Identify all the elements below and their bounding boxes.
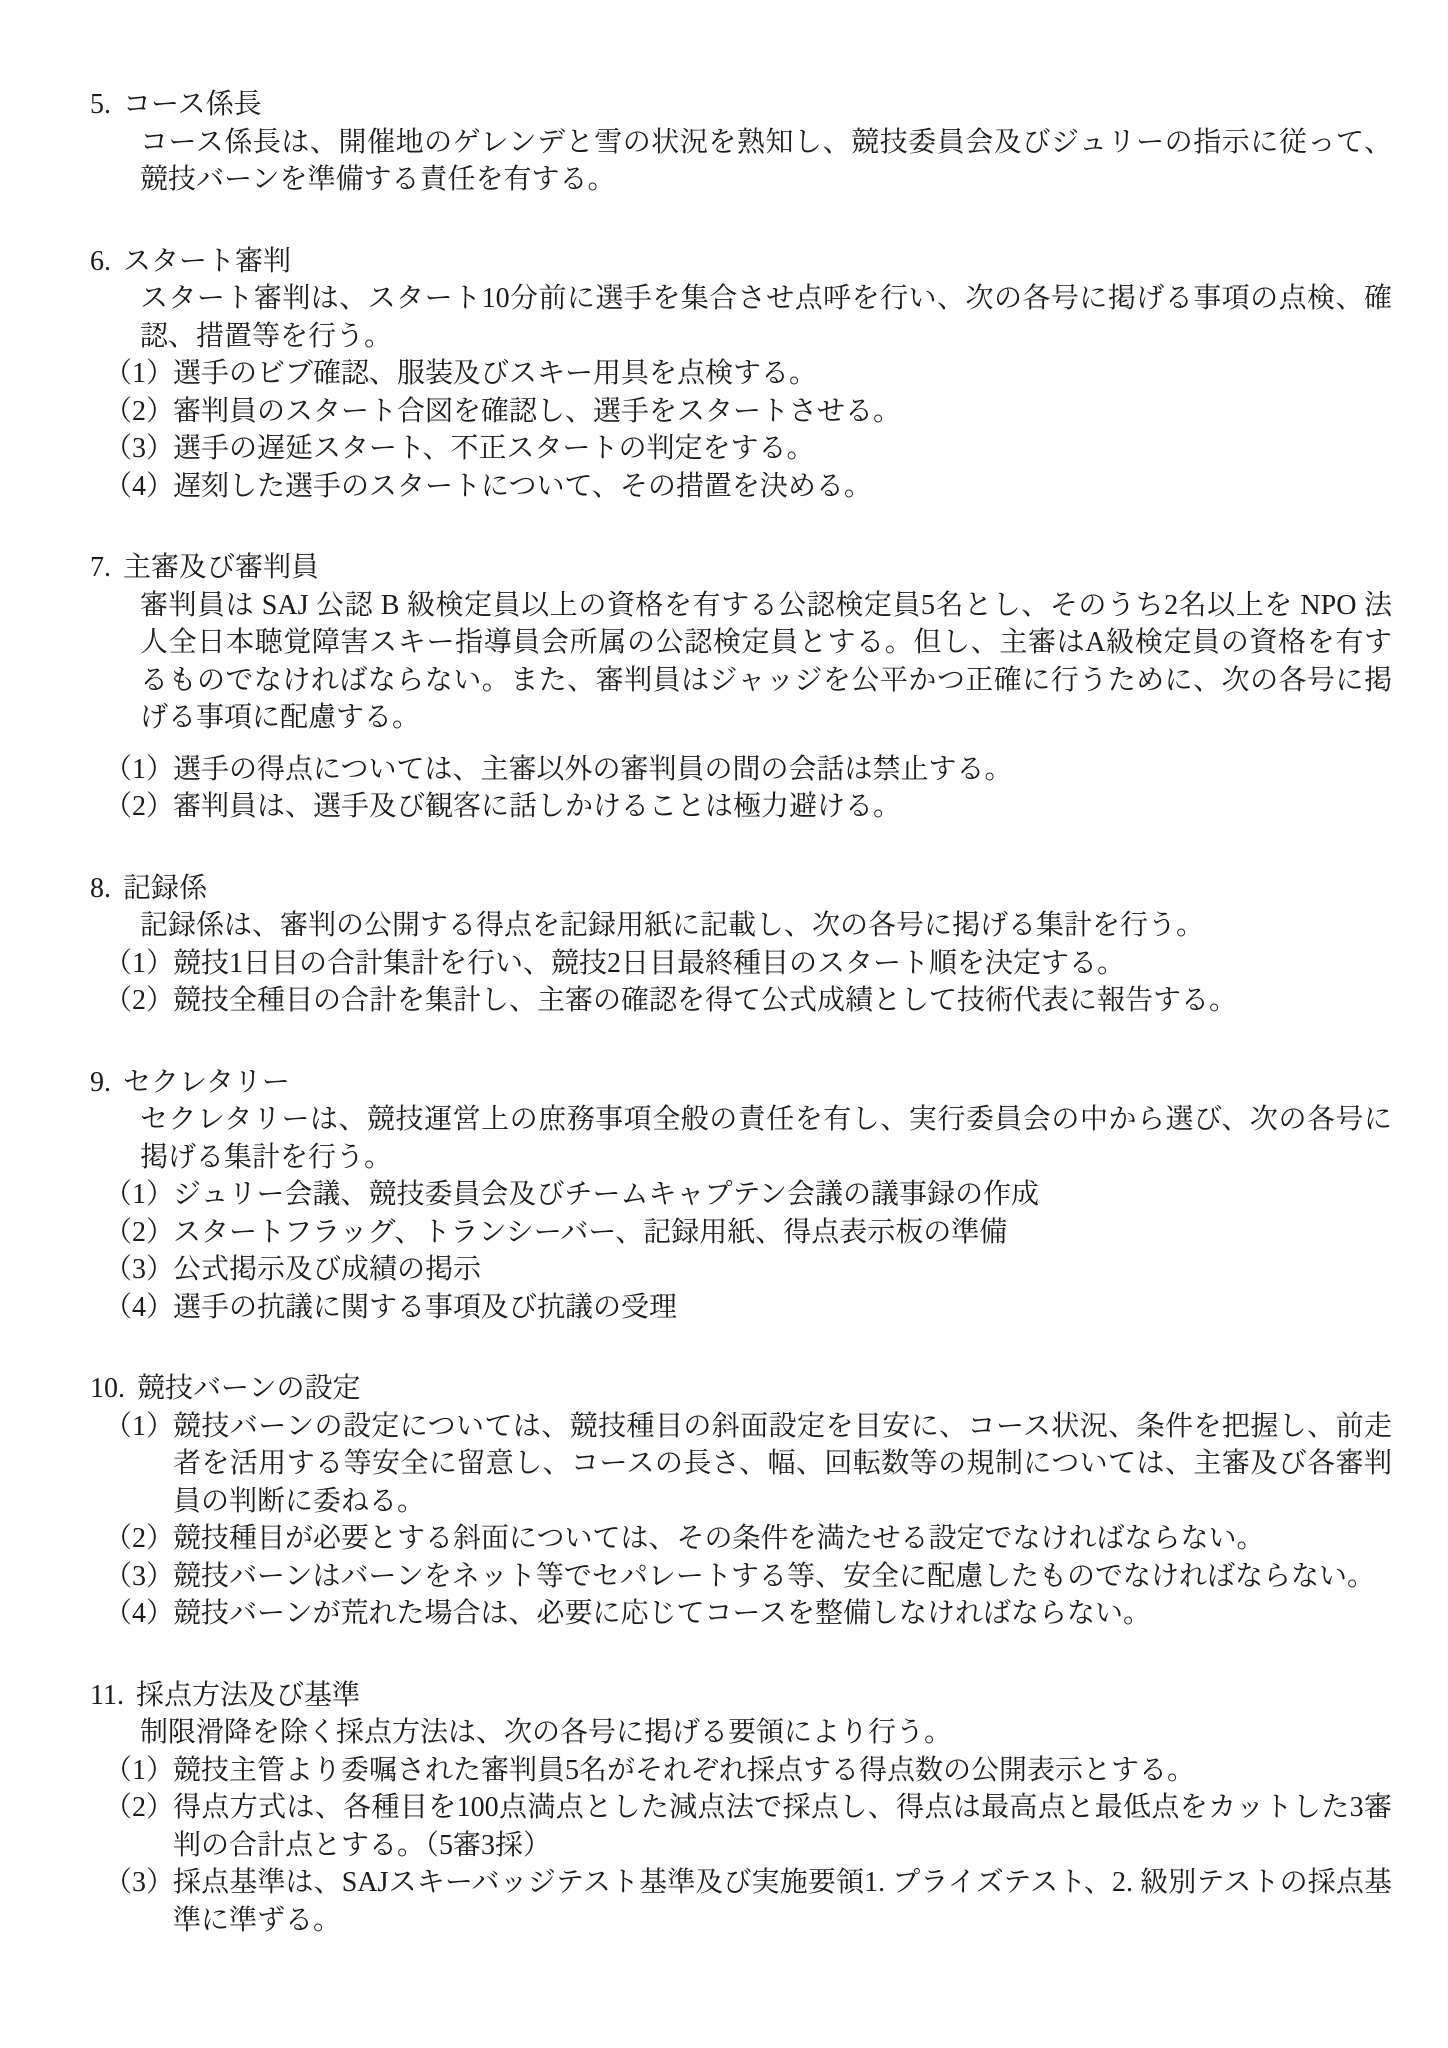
list-item: （1）競技主管より委嘱された審判員5名がそれぞれ採点する得点数の公開表示とする。	[90, 1752, 1392, 1790]
item-text: 選手の遅延スタート、不正スタートの判定をする。	[173, 433, 814, 464]
item-text: 選手のビブ確認、服装及びスキー用具を点検する。	[173, 358, 817, 389]
section-course-chief: 5.コース係長 コース係長は、開催地のゲレンデと雪の状況を熟知し、競技委員会及び…	[90, 86, 1392, 199]
list-item: （4）選手の抗議に関する事項及び抗議の受理	[90, 1289, 1392, 1327]
list-item: （2）競技全種目の合計を集計し、主審の確認を得て公式成績として技術代表に報告する…	[90, 982, 1392, 1020]
section-number: 9.	[90, 1064, 111, 1102]
item-marker: （2）	[104, 393, 174, 431]
list-item: （1）競技バーンの設定については、競技種目の斜面設定を目安に、コース状況、条件を…	[90, 1408, 1392, 1521]
item-text: 審判員のスタート合図を確認し、選手をスタートさせる。	[173, 396, 901, 427]
item-text: 競技バーンはバーンをネット等でセパレートする等、安全に配慮したものでなければなら…	[173, 1561, 1375, 1592]
section-heading: 9.セクレタリー	[90, 1064, 1392, 1102]
item-marker: （2）	[104, 1789, 174, 1827]
section-title: スタート審判	[123, 246, 291, 277]
item-list: （1）競技主管より委嘱された審判員5名がそれぞれ採点する得点数の公開表示とする。…	[90, 1752, 1392, 1940]
item-list: （1）ジュリー会議、競技委員会及びチームキャプテン会議の議事録の作成 （2）スタ…	[90, 1176, 1392, 1326]
section-heading: 10.競技バーンの設定	[90, 1370, 1392, 1408]
section-heading: 11.採点方法及び基準	[90, 1677, 1392, 1715]
item-marker: （3）	[104, 1864, 174, 1902]
item-text: 遅刻した選手のスタートについて、その措置を決める。	[173, 471, 872, 502]
item-text: 選手の抗議に関する事項及び抗議の受理	[173, 1292, 677, 1323]
list-item: （2）審判員は、選手及び観客に話しかけることは極力避ける。	[90, 788, 1392, 826]
item-text: 選手の得点については、主審以外の審判員の間の会話は禁止する。	[173, 754, 1012, 785]
section-heading: 5.コース係長	[90, 86, 1392, 124]
item-marker: （1）	[104, 945, 174, 983]
item-text: 公式掲示及び成績の掲示	[173, 1254, 481, 1285]
item-text: 競技種目が必要とする斜面については、その条件を満たせる設定でなければならない。	[173, 1523, 1264, 1554]
list-item: （4）競技バーンが荒れた場合は、必要に応じてコースを整備しなければならない。	[90, 1595, 1392, 1633]
section-heading: 6.スタート審判	[90, 243, 1392, 281]
item-text: 競技バーンが荒れた場合は、必要に応じてコースを整備しなければならない。	[173, 1598, 1151, 1629]
section-heading: 8.記録係	[90, 870, 1392, 908]
item-marker: （2）	[104, 1520, 174, 1558]
section-heading: 7.主審及び審判員	[90, 549, 1392, 587]
item-text: 審判員は、選手及び観客に話しかけることは極力避ける。	[173, 791, 901, 822]
section-number: 10.	[90, 1370, 125, 1408]
list-item: （3）公式掲示及び成績の掲示	[90, 1251, 1392, 1289]
item-list: （1）選手のビブ確認、服装及びスキー用具を点検する。 （2）審判員のスタート合図…	[90, 355, 1392, 505]
item-list: （1）選手の得点については、主審以外の審判員の間の会話は禁止する。 （2）審判員…	[90, 751, 1392, 826]
section-number: 8.	[90, 870, 111, 908]
item-marker: （4）	[104, 1289, 174, 1327]
item-marker: （3）	[104, 1251, 174, 1289]
list-item: （1）選手のビブ確認、服装及びスキー用具を点検する。	[90, 355, 1392, 393]
section-title: 競技バーンの設定	[137, 1373, 360, 1404]
section-paragraph: 記録係は、審判の公開する得点を記録用紙に記載し、次の各号に掲げる集計を行う。	[140, 907, 1392, 945]
section-title: 主審及び審判員	[123, 552, 319, 583]
list-item: （3）選手の遅延スタート、不正スタートの判定をする。	[90, 430, 1392, 468]
item-marker: （2）	[104, 788, 174, 826]
list-item: （2）競技種目が必要とする斜面については、その条件を満たせる設定でなければならな…	[90, 1520, 1392, 1558]
section-recorder: 8.記録係 記録係は、審判の公開する得点を記録用紙に記載し、次の各号に掲げる集計…	[90, 870, 1392, 1020]
item-marker: （1）	[104, 1408, 174, 1446]
item-marker: （3）	[104, 430, 174, 468]
list-item: （1）選手の得点については、主審以外の審判員の間の会話は禁止する。	[90, 751, 1392, 789]
section-paragraph: 審判員は SAJ 公認 B 級検定員以上の資格を有する公認検定員5名とし、そのう…	[140, 587, 1392, 737]
section-title: セクレタリー	[123, 1067, 290, 1098]
list-item: （3）採点基準は、SAJスキーバッジテスト基準及び実施要領1. プライズテスト、…	[90, 1864, 1392, 1939]
item-marker: （4）	[104, 468, 174, 506]
section-title: 記録係	[123, 873, 207, 904]
item-list: （1）競技バーンの設定については、競技種目の斜面設定を目安に、コース状況、条件を…	[90, 1408, 1392, 1633]
list-item: （1）ジュリー会議、競技委員会及びチームキャプテン会議の議事録の作成	[90, 1176, 1392, 1214]
section-start-referee: 6.スタート審判 スタート審判は、スタート10分前に選手を集合させ点呼を行い、次…	[90, 243, 1392, 506]
item-marker: （1）	[104, 751, 174, 789]
section-secretary: 9.セクレタリー セクレタリーは、競技運営上の庶務事項全般の責任を有し、実行委員…	[90, 1064, 1392, 1327]
section-paragraph: スタート審判は、スタート10分前に選手を集合させ点呼を行い、次の各号に掲げる事項…	[140, 280, 1392, 355]
item-text: スタートフラッグ、トランシーバー、記録用紙、得点表示板の準備	[173, 1217, 1007, 1248]
section-title: コース係長	[123, 89, 262, 120]
section-title: 採点方法及び基準	[136, 1680, 360, 1711]
item-marker: （4）	[104, 1595, 174, 1633]
item-text: 採点基準は、SAJスキーバッジテスト基準及び実施要領1. プライズテスト、2. …	[173, 1867, 1392, 1936]
list-item: （2）得点方式は、各種目を100点満点とした減点法で採点し、得点は最高点と最低点…	[90, 1789, 1392, 1864]
section-chief-judge-and-judges: 7.主審及び審判員 審判員は SAJ 公認 B 級検定員以上の資格を有する公認検…	[90, 549, 1392, 826]
item-text: 競技全種目の合計を集計し、主審の確認を得て公式成績として技術代表に報告する。	[173, 985, 1237, 1016]
item-marker: （2）	[104, 1214, 174, 1252]
item-list: （1）競技1日目の合計集計を行い、競技2日目最終種目のスタート順を決定する。 （…	[90, 945, 1392, 1020]
item-text: ジュリー会議、競技委員会及びチームキャプテン会議の議事録の作成	[173, 1179, 1039, 1210]
section-scoring-method: 11.採点方法及び基準 制限滑降を除く採点方法は、次の各号に掲げる要領により行う…	[90, 1677, 1392, 1940]
section-number: 11.	[90, 1677, 124, 1715]
item-marker: （1）	[104, 1752, 174, 1790]
document-page: 5.コース係長 コース係長は、開催地のゲレンデと雪の状況を熟知し、競技委員会及び…	[0, 0, 1448, 2048]
item-marker: （3）	[104, 1558, 174, 1596]
item-text: 得点方式は、各種目を100点満点とした減点法で採点し、得点は最高点と最低点をカッ…	[173, 1792, 1392, 1861]
section-number: 6.	[90, 243, 111, 281]
item-marker: （2）	[104, 982, 174, 1020]
section-paragraph: 制限滑降を除く採点方法は、次の各号に掲げる要領により行う。	[140, 1714, 1392, 1752]
list-item: （4）遅刻した選手のスタートについて、その措置を決める。	[90, 468, 1392, 506]
item-text: 競技バーンの設定については、競技種目の斜面設定を目安に、コース状況、条件を把握し…	[173, 1411, 1392, 1517]
section-number: 5.	[90, 86, 111, 124]
item-text: 競技1日目の合計集計を行い、競技2日目最終種目のスタート順を決定する。	[173, 948, 1125, 979]
item-marker: （1）	[104, 355, 174, 393]
list-item: （1）競技1日目の合計集計を行い、競技2日目最終種目のスタート順を決定する。	[90, 945, 1392, 983]
list-item: （2）審判員のスタート合図を確認し、選手をスタートさせる。	[90, 393, 1392, 431]
section-paragraph: コース係長は、開催地のゲレンデと雪の状況を熟知し、競技委員会及びジュリーの指示に…	[140, 124, 1392, 199]
section-course-setting: 10.競技バーンの設定 （1）競技バーンの設定については、競技種目の斜面設定を目…	[90, 1370, 1392, 1633]
list-item: （2）スタートフラッグ、トランシーバー、記録用紙、得点表示板の準備	[90, 1214, 1392, 1252]
list-item: （3）競技バーンはバーンをネット等でセパレートする等、安全に配慮したものでなけれ…	[90, 1558, 1392, 1596]
section-number: 7.	[90, 549, 111, 587]
item-marker: （1）	[104, 1176, 174, 1214]
item-text: 競技主管より委嘱された審判員5名がそれぞれ採点する得点数の公開表示とする。	[173, 1755, 1195, 1786]
section-paragraph: セクレタリーは、競技運営上の庶務事項全般の責任を有し、実行委員会の中から選び、次…	[140, 1101, 1392, 1176]
